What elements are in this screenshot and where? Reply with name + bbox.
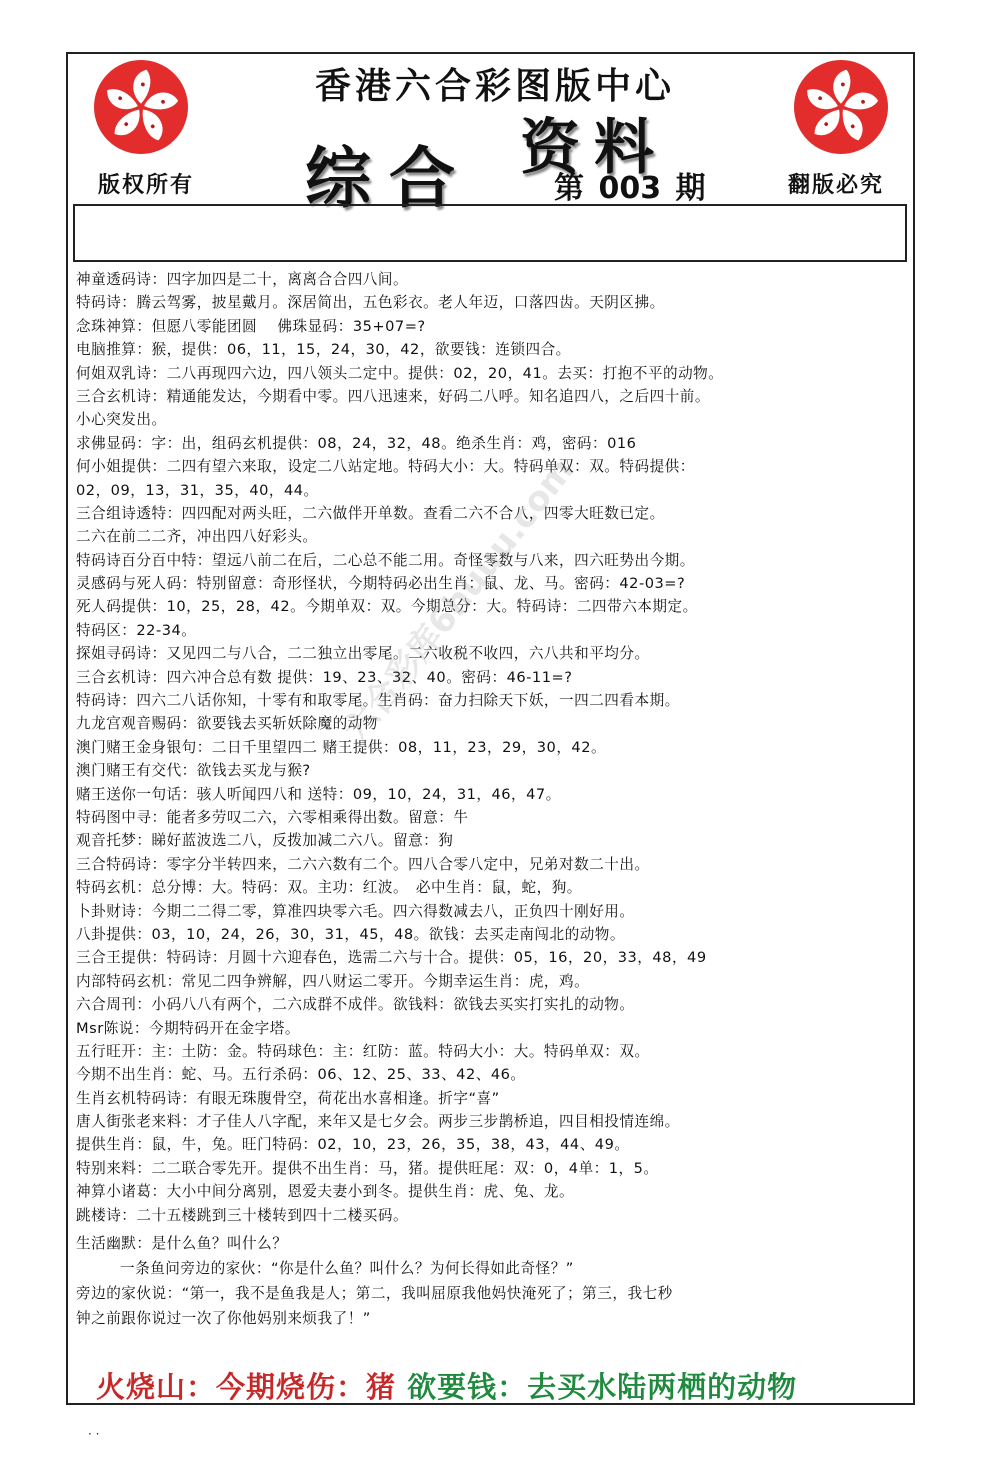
footer-red-text: 火烧山：今期烧伤：猪 bbox=[96, 1370, 396, 1404]
list-item: 提供生肖：鼠，牛，兔。旺门特码：02，10，23，26，35，38，43，44、… bbox=[76, 1133, 911, 1156]
trailing-dots: · · bbox=[88, 1427, 99, 1441]
issue-suffix: 期 bbox=[676, 171, 706, 206]
humor-title: 生活幽默：是什么鱼？叫什么？ bbox=[76, 1231, 911, 1256]
list-item: 五行旺开：主：土防：金。特码球色：主：红防：蓝。特码大小：大。特码单双：双。 bbox=[76, 1040, 911, 1063]
footer-banner: 火烧山：今期烧伤：猪 欲要钱：去买水陆两栖的动物 bbox=[96, 1365, 797, 1406]
list-item: 三合王提供：特码诗：月圆十六迎春色，选需二六与十合。提供：05，16，20，33… bbox=[76, 946, 911, 969]
list-item: 何小姐提供：二四有望六来取，设定二八站定地。特码大小：大。特码单双：双。特码提供… bbox=[76, 455, 911, 478]
list-item: 特码区：22-34。 bbox=[76, 619, 911, 642]
list-item: 何姐双乳诗：二八再现四六边，四八领头二定中。提供：02，20，41。去买：打抱不… bbox=[76, 362, 911, 385]
issue-number: 第 003 期 bbox=[552, 163, 708, 207]
list-item: 神算小诸葛：大小中间分离别，恩爱夫妻小到冬。提供生肖：虎、兔、龙。 bbox=[76, 1180, 911, 1203]
footer-green-text: 欲要钱：去买水陆两栖的动物 bbox=[407, 1370, 797, 1404]
list-item: 特码诗百分百中特：望远八前二在后，二心总不能二用。奇怪零数与八来，四六旺势出今期… bbox=[76, 549, 911, 572]
list-item: 二六在前二二齐，冲出四八好彩头。 bbox=[76, 525, 911, 548]
list-item: 澳门赌王有交代：欲钱去买龙与猴? bbox=[76, 759, 911, 782]
list-item: 内部特码玄机：常见二四争辨解，四八财运二零开。今期幸运生肖：虎，鸡。 bbox=[76, 970, 911, 993]
list-item: 今期不出生肖：蛇、马。五行杀码：06、12、25、33、42、46。 bbox=[76, 1063, 911, 1086]
bauhinia-logo-right-icon bbox=[794, 60, 888, 154]
list-item: 生肖玄机特码诗：有眼无珠腹骨空，荷花出水喜相逢。折字“喜” bbox=[76, 1087, 911, 1110]
list-item: 灵感码与死人码：特别留意：奇形怪状，今期特码必出生肖：鼠、龙、马。密码：42-0… bbox=[76, 572, 911, 595]
list-item: 特码图中寻：能者多劳叹二六，六零相乘得出数。留意：牛 bbox=[76, 806, 911, 829]
list-item: 念珠神算：但愿八零能团圆 佛珠显码：35+07=? bbox=[76, 315, 911, 338]
list-item: 特码诗：腾云驾雾，披星戴月。深居简出，五色彩衣。老人年迈，口落四齿。天阴区拂。 bbox=[76, 291, 911, 314]
list-item: 九龙宫观音赐码：欲要钱去买斩妖除魔的动物 bbox=[76, 712, 911, 735]
list-item: 八卦提供：03，10，24，26，30，31，45，48。欲钱：去买走南闯北的动… bbox=[76, 923, 911, 946]
list-item: 澳门赌王金身银句：二日千里望四二 赌王提供：08，11，23，29，30，42。 bbox=[76, 736, 911, 759]
bauhinia-logo-left-icon bbox=[94, 60, 188, 154]
list-item: 赌王送你一句话：骇人听闻四八和 送特：09，10，24，31，46，47。 bbox=[76, 783, 911, 806]
issue-prefix: 第 bbox=[554, 171, 584, 206]
list-item: 探姐寻码诗：又见四二与八合，二二独立出零尾。二六收税不收四，六八共和平均分。 bbox=[76, 642, 911, 665]
list-item: 特码玄机：总分博：大。特码：双。主功：红波。 必中生肖：鼠，蛇，狗。 bbox=[76, 876, 911, 899]
list-item: 唐人街张老来料：才子佳人八字配，来年又是七夕会。两步三步鹊桥追，四目相投情连绵。 bbox=[76, 1110, 911, 1133]
list-item: 电脑推算：猴，提供：06，11，15，24，30，42，欲要钱：连锁四合。 bbox=[76, 338, 911, 361]
list-item: 求佛显码：字：出，组码玄机提供：08，24，32，48。绝杀生肖：鸡，密码：01… bbox=[76, 432, 911, 455]
empty-banner-box bbox=[73, 204, 907, 262]
list-item: 死人码提供：10，25，28，42。今期单双：双。今期总分：大。特码诗：二四带六… bbox=[76, 595, 911, 618]
piracy-warning-label: 翻版必究 bbox=[788, 168, 884, 199]
list-item: 三合特码诗：零字分半转四来，二六六数有二个。四八合零八定中，兄弟对数二十出。 bbox=[76, 853, 911, 876]
list-item: 卜卦财诗：今期二二得二零，算准四块零六毛。四六得数减去八，正负四十刚好用。 bbox=[76, 900, 911, 923]
list-item: 神童透码诗：四字加四是二十，离离合合四八间。 bbox=[76, 268, 911, 291]
humor-paragraph: 一条鱼问旁边的家伙：“你是什么鱼？叫什么？为何长得如此奇怪？” bbox=[76, 1256, 911, 1281]
bauhinia-flower-icon bbox=[794, 60, 888, 154]
list-item: 小心突发出。 bbox=[76, 408, 911, 431]
list-item: 跳楼诗：二十五楼跳到三十楼转到四十二楼买码。 bbox=[76, 1204, 911, 1227]
site-title: 香港六合彩图版中心 bbox=[240, 58, 750, 109]
humor-paragraph: 旁边的家伙说：“第一，我不是鱼我是人；第二，我叫屈原我他妈快淹死了；第三，我七秒 bbox=[76, 1281, 911, 1306]
list-item: 三合玄机诗：精通能发达，今期看中零。四八迅速来，好码二八呼。知名追四八，之后四十… bbox=[76, 385, 911, 408]
issue-value: 003 bbox=[598, 171, 661, 206]
list-item: 02，09，13，31，35，40，44。 bbox=[76, 479, 911, 502]
bauhinia-flower-icon bbox=[94, 60, 188, 154]
list-item: 特别来料：二二联合零先开。提供不出生肖：马，猪。提供旺尾：双：0，4单：1，5。 bbox=[76, 1157, 911, 1180]
list-item: 三合组诗透特：四四配对两头旺，二六做伴开单数。查看二六不合八，四零大旺数已定。 bbox=[76, 502, 911, 525]
humor-paragraph: 钟之前跟你说过一次了你他妈别来烦我了！” bbox=[76, 1306, 911, 1331]
list-item: 三合玄机诗：四六冲合总有数 提供：19、23、32、40。密码：46-11=? bbox=[76, 666, 911, 689]
list-item: 特码诗：四六二八话你知，十零有和取零尾。生肖码：奋力扫除天下妖，一四二四看本期。 bbox=[76, 689, 911, 712]
list-item: 观音托梦：睇好蓝波选二八，反拨加减二六八。留意：狗 bbox=[76, 829, 911, 852]
list-item: Msr陈说：今期特码开在金字塔。 bbox=[76, 1017, 911, 1040]
list-item: 六合周刊：小码八八有两个，二六成群不成伴。欲钱料：欲钱去买实打实扎的动物。 bbox=[76, 993, 911, 1016]
copyright-label: 版权所有 bbox=[98, 168, 194, 199]
tips-list: 神童透码诗：四字加四是二十，离离合合四八间。 特码诗：腾云驾雾，披星戴月。深居简… bbox=[76, 268, 911, 1331]
